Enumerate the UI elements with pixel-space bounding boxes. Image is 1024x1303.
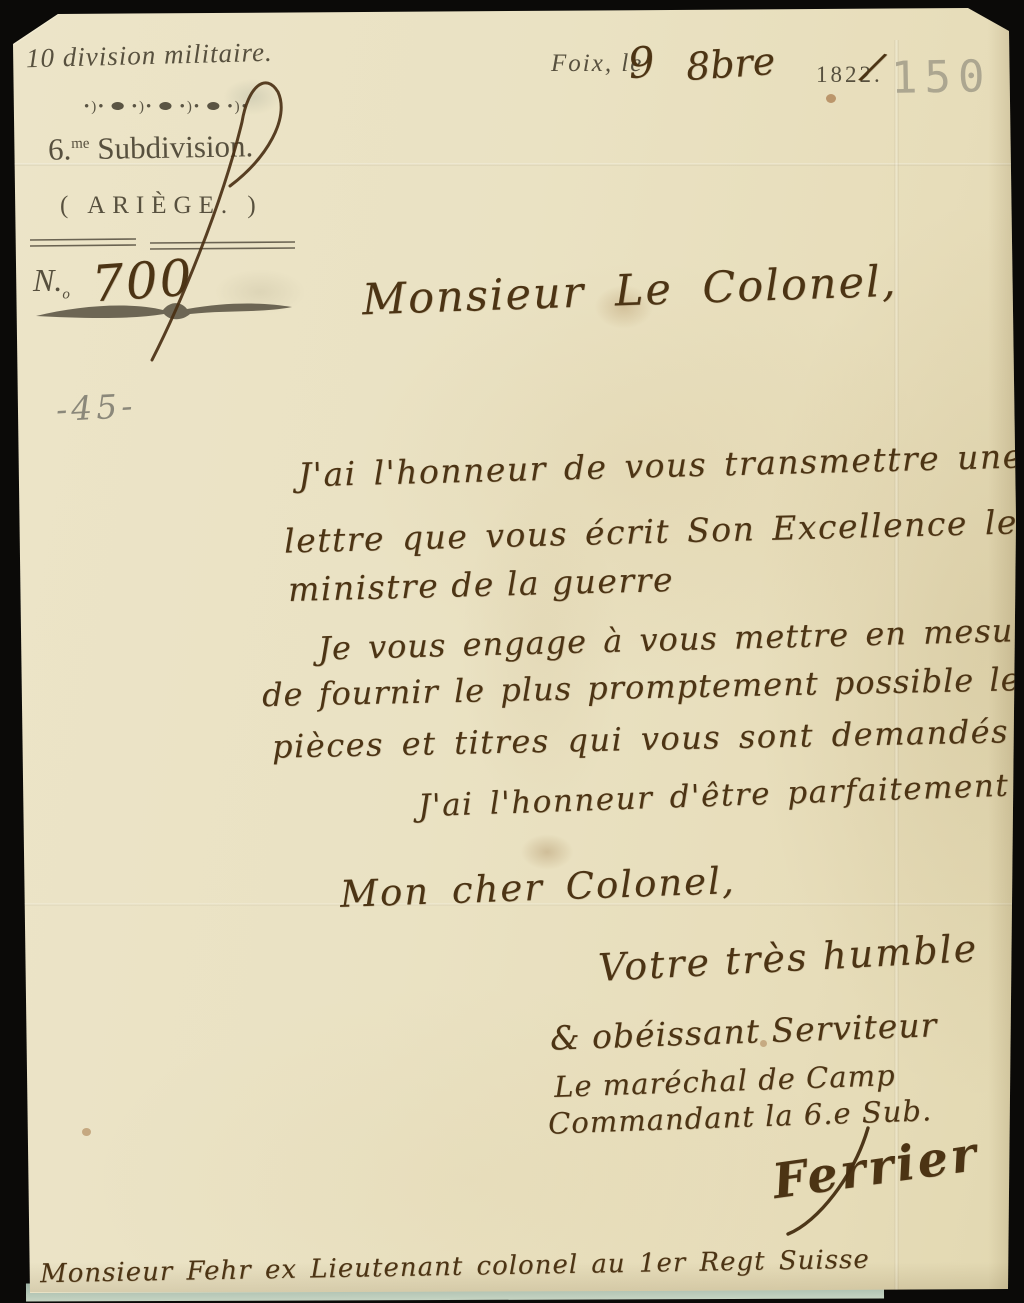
valediction-line: Votre très humble [597, 926, 979, 990]
scanned-letter: 10 division militaire. •)• ⬬ •)• ⬬ •)• ⬬… [0, 0, 1024, 1303]
handwritten-letter-number: 700 [90, 249, 195, 314]
ink-spot [826, 94, 836, 103]
closing-line: J'ai l'honneur d'être parfaitement [418, 768, 1010, 825]
dateline-month: 8bre [685, 39, 777, 89]
letterhead-number-label: N.o [33, 262, 70, 303]
signature: Ferrier [769, 1126, 982, 1210]
printer-ornament-divider: •)• ⬬ •)• ⬬ •)• ⬬ •)• [84, 98, 249, 116]
dateline-day: 9 [626, 37, 658, 89]
pencil-annotation: -45- [55, 386, 137, 429]
paper-edge-shadow [988, 8, 1016, 1293]
letterhead-department: ( ARIÈGE. ) [60, 192, 263, 220]
paper-discoloration [200, 262, 320, 322]
archive-stamp-number: 150 [891, 51, 992, 104]
letterhead-subdivision: 6.me Subdivision. [48, 128, 254, 168]
body-line: ministre de la guerre [288, 560, 675, 609]
body-line: J'ai l'honneur de vous transmettre une [298, 437, 1024, 495]
paraph-flourish [152, 83, 281, 360]
body-line: pièces et titres qui vous sont demandés [272, 712, 1010, 765]
body-line: lettre que vous écrit Son Excellence le [284, 502, 1019, 560]
salutation: Monsieur Le Colonel, [361, 257, 898, 326]
body-line: Je vous engage à vous mettre en mesure [318, 610, 1024, 667]
address-line: Mon cher Colonel, [339, 859, 736, 916]
ink-spot [82, 1128, 91, 1136]
valediction-line: & obéissant Serviteur [549, 1005, 938, 1057]
letter-paper: 10 division militaire. •)• ⬬ •)• ⬬ •)• ⬬… [0, 0, 1024, 1303]
double-rule [30, 239, 295, 249]
letterhead-division: 10 division militaire. [26, 37, 273, 74]
body-line: de fournir le plus promptement possible … [262, 660, 1024, 714]
